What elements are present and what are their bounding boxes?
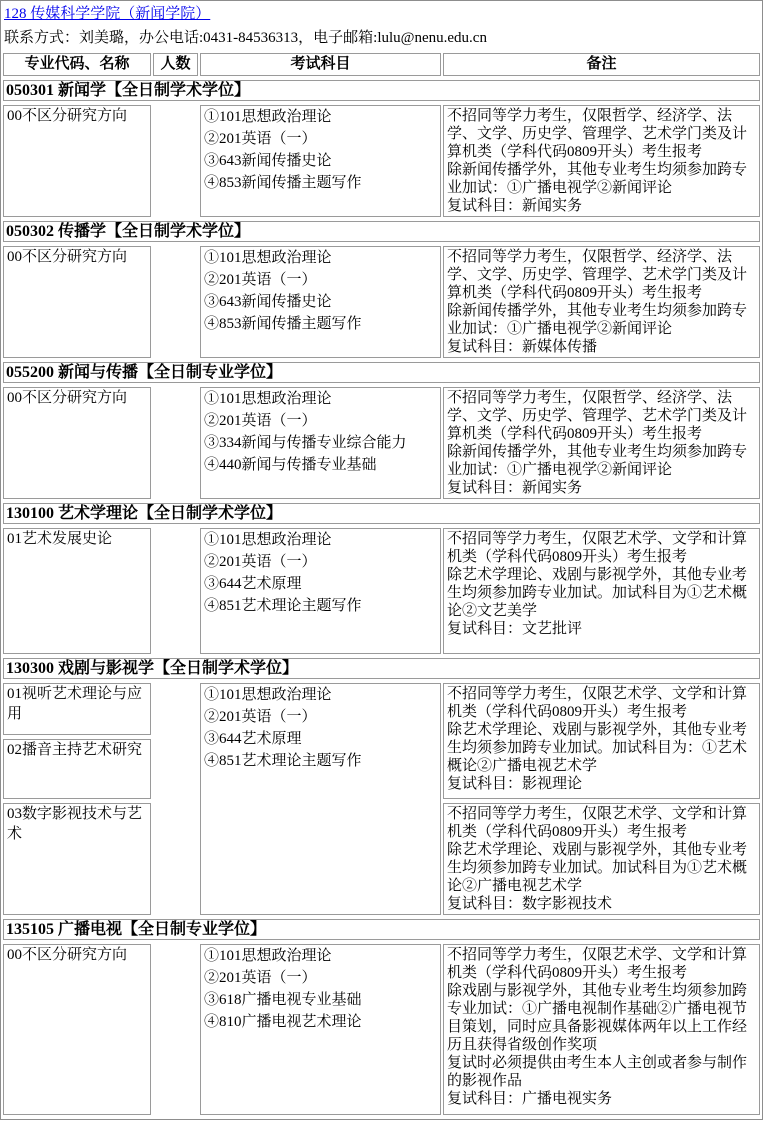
section-title: 050302 传播学【全日制学术学位】 — [3, 221, 760, 242]
direction-cell: 00不区分研究方向 — [3, 246, 151, 358]
department-link-cell: 128 传媒科学学院（新闻学院） — [3, 5, 760, 23]
section-header-row: 050302 传播学【全日制学术学位】 — [3, 221, 760, 242]
headcount-cell — [153, 683, 198, 735]
remarks-cell: 不招同等学力考生，仅限哲学、经济学、法学、文学、历史学、管理学、艺术学门类及计算… — [443, 105, 760, 217]
section-header-row: 130100 艺术学理论【全日制学术学位】 — [3, 503, 760, 524]
direction-cell: 03数字影视技术与艺术 — [3, 803, 151, 915]
header-remarks: 备注 — [443, 53, 760, 76]
section-title: 130100 艺术学理论【全日制学术学位】 — [3, 503, 760, 524]
table-row: 00不区分研究方向 ①101思想政治理论 ②201英语（一） ③643新闻传播史… — [3, 246, 760, 358]
exam-subjects-cell: ①101思想政治理论 ②201英语（一） ③644艺术原理 ④851艺术理论主题… — [200, 683, 441, 915]
section-title: 055200 新闻与传播【全日制专业学位】 — [3, 362, 760, 383]
remarks-cell: 不招同等学力考生，仅限艺术学、文学和计算机类（学科代码0809开头）考生报考 除… — [443, 944, 760, 1115]
exam-subjects-cell: ①101思想政治理论 ②201英语（一） ③334新闻与传播专业综合能力 ④44… — [200, 387, 441, 499]
exam-subjects-cell: ①101思想政治理论 ②201英语（一） ③643新闻传播史论 ④853新闻传播… — [200, 105, 441, 217]
exam-subjects-cell: ①101思想政治理论 ②201英语（一） ③618广播电视专业基础 ④810广播… — [200, 944, 441, 1115]
table-row: 00不区分研究方向 ①101思想政治理论 ②201英语（一） ③618广播电视专… — [3, 944, 760, 1115]
headcount-cell — [153, 105, 198, 217]
table-row: 00不区分研究方向 ①101思想政治理论 ②201英语（一） ③643新闻传播史… — [3, 105, 760, 217]
headcount-cell — [153, 387, 198, 499]
direction-cell: 00不区分研究方向 — [3, 387, 151, 499]
headcount-cell — [153, 246, 198, 358]
remarks-cell: 不招同等学力考生，仅限艺术学、文学和计算机类（学科代码0809开头）考生报考 除… — [443, 803, 760, 915]
direction-cell: 01艺术发展史论 — [3, 528, 151, 654]
remarks-cell: 不招同等学力考生，仅限艺术学、文学和计算机类（学科代码0809开头）考生报考 除… — [443, 528, 760, 654]
headcount-cell — [153, 944, 198, 1115]
remarks-cell: 不招同等学力考生，仅限哲学、经济学、法学、文学、历史学、管理学、艺术学门类及计算… — [443, 246, 760, 358]
department-link[interactable]: 128 传媒科学学院（新闻学院） — [4, 6, 210, 22]
exam-subjects-cell: ①101思想政治理论 ②201英语（一） ③643新闻传播史论 ④853新闻传播… — [200, 246, 441, 358]
section-title: 050301 新闻学【全日制学术学位】 — [3, 80, 760, 101]
remarks-cell: 不招同等学力考生，仅限艺术学、文学和计算机类（学科代码0809开头）考生报考 除… — [443, 683, 760, 799]
exam-subjects-cell: ①101思想政治理论 ②201英语（一） ③644艺术原理 ④851艺术理论主题… — [200, 528, 441, 654]
headcount-cell — [153, 739, 198, 799]
headcount-cell — [153, 528, 198, 654]
direction-cell: 02播音主持艺术研究 — [3, 739, 151, 799]
direction-cell: 01视听艺术理论与应用 — [3, 683, 151, 735]
contact-row: 联系方式：刘美璐，办公电话:0431-84536313，电子邮箱:lulu@ne… — [3, 27, 760, 49]
department-link-row: 128 传媒科学学院（新闻学院） — [3, 5, 760, 23]
admissions-table: 128 传媒科学学院（新闻学院） 联系方式：刘美璐，办公电话:0431-8453… — [0, 0, 763, 1120]
section-header-row: 135105 广播电视【全日制专业学位】 — [3, 919, 760, 940]
section-header-row: 050301 新闻学【全日制学术学位】 — [3, 80, 760, 101]
contact-info: 联系方式：刘美璐，办公电话:0431-84536313，电子邮箱:lulu@ne… — [3, 27, 760, 49]
header-headcount: 人数 — [153, 53, 198, 76]
header-major-code: 专业代码、名称 — [3, 53, 151, 76]
header-exam-subjects: 考试科目 — [200, 53, 441, 76]
column-header-row: 专业代码、名称 人数 考试科目 备注 — [3, 53, 760, 76]
direction-cell: 00不区分研究方向 — [3, 944, 151, 1115]
table-row: 01视听艺术理论与应用 ①101思想政治理论 ②201英语（一） ③644艺术原… — [3, 683, 760, 735]
section-title: 130300 戏剧与影视学【全日制学术学位】 — [3, 658, 760, 679]
section-header-row: 130300 戏剧与影视学【全日制学术学位】 — [3, 658, 760, 679]
table-row: 00不区分研究方向 ①101思想政治理论 ②201英语（一） ③334新闻与传播… — [3, 387, 760, 499]
table-row: 01艺术发展史论 ①101思想政治理论 ②201英语（一） ③644艺术原理 ④… — [3, 528, 760, 654]
direction-cell: 00不区分研究方向 — [3, 105, 151, 217]
headcount-cell — [153, 803, 198, 915]
section-title: 135105 广播电视【全日制专业学位】 — [3, 919, 760, 940]
section-header-row: 055200 新闻与传播【全日制专业学位】 — [3, 362, 760, 383]
remarks-cell: 不招同等学力考生，仅限哲学、经济学、法学、文学、历史学、管理学、艺术学门类及计算… — [443, 387, 760, 499]
